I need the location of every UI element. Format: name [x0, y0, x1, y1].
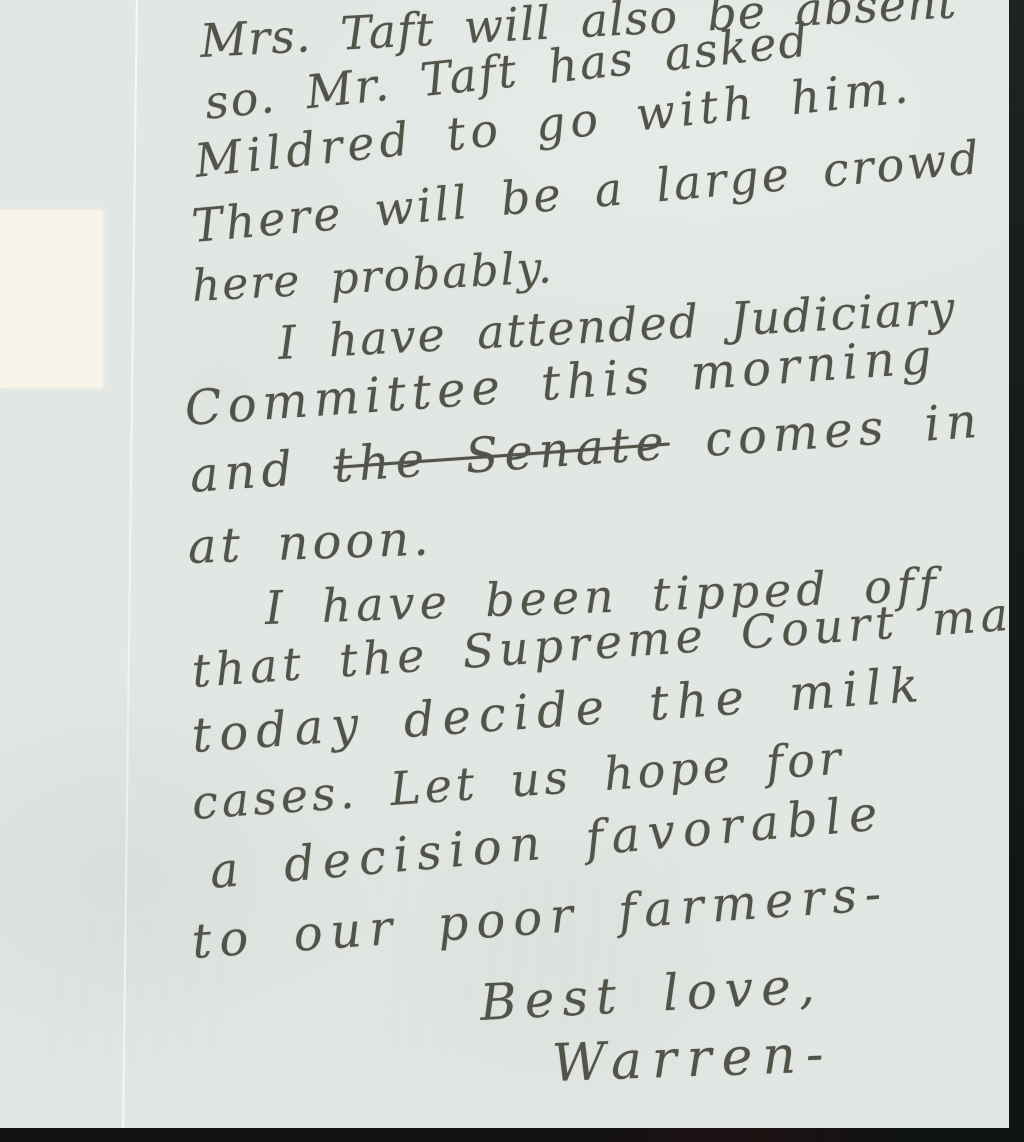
- letter-line-8-pre: and: [188, 438, 335, 504]
- stamp-patch: [0, 210, 103, 388]
- letter-paper: Mrs. Taft will also be absent so. Mr. Ta…: [0, 0, 1009, 1128]
- signature: Warren-: [551, 1028, 834, 1090]
- scanned-letter-page: Mrs. Taft will also be absent so. Mr. Ta…: [0, 0, 1024, 1142]
- fold-crease: [122, 0, 138, 1134]
- closing-line: Best love,: [479, 960, 824, 1028]
- letter-line-9: at noon.: [187, 514, 433, 571]
- letter-line-8-post: comes in: [668, 393, 985, 471]
- scanner-bed-right-edge: [1009, 0, 1024, 1142]
- letter-line-5: here probably.: [191, 246, 555, 309]
- scanner-bed-bottom-edge: [0, 1128, 1009, 1142]
- struck-text: the Senate: [332, 415, 672, 494]
